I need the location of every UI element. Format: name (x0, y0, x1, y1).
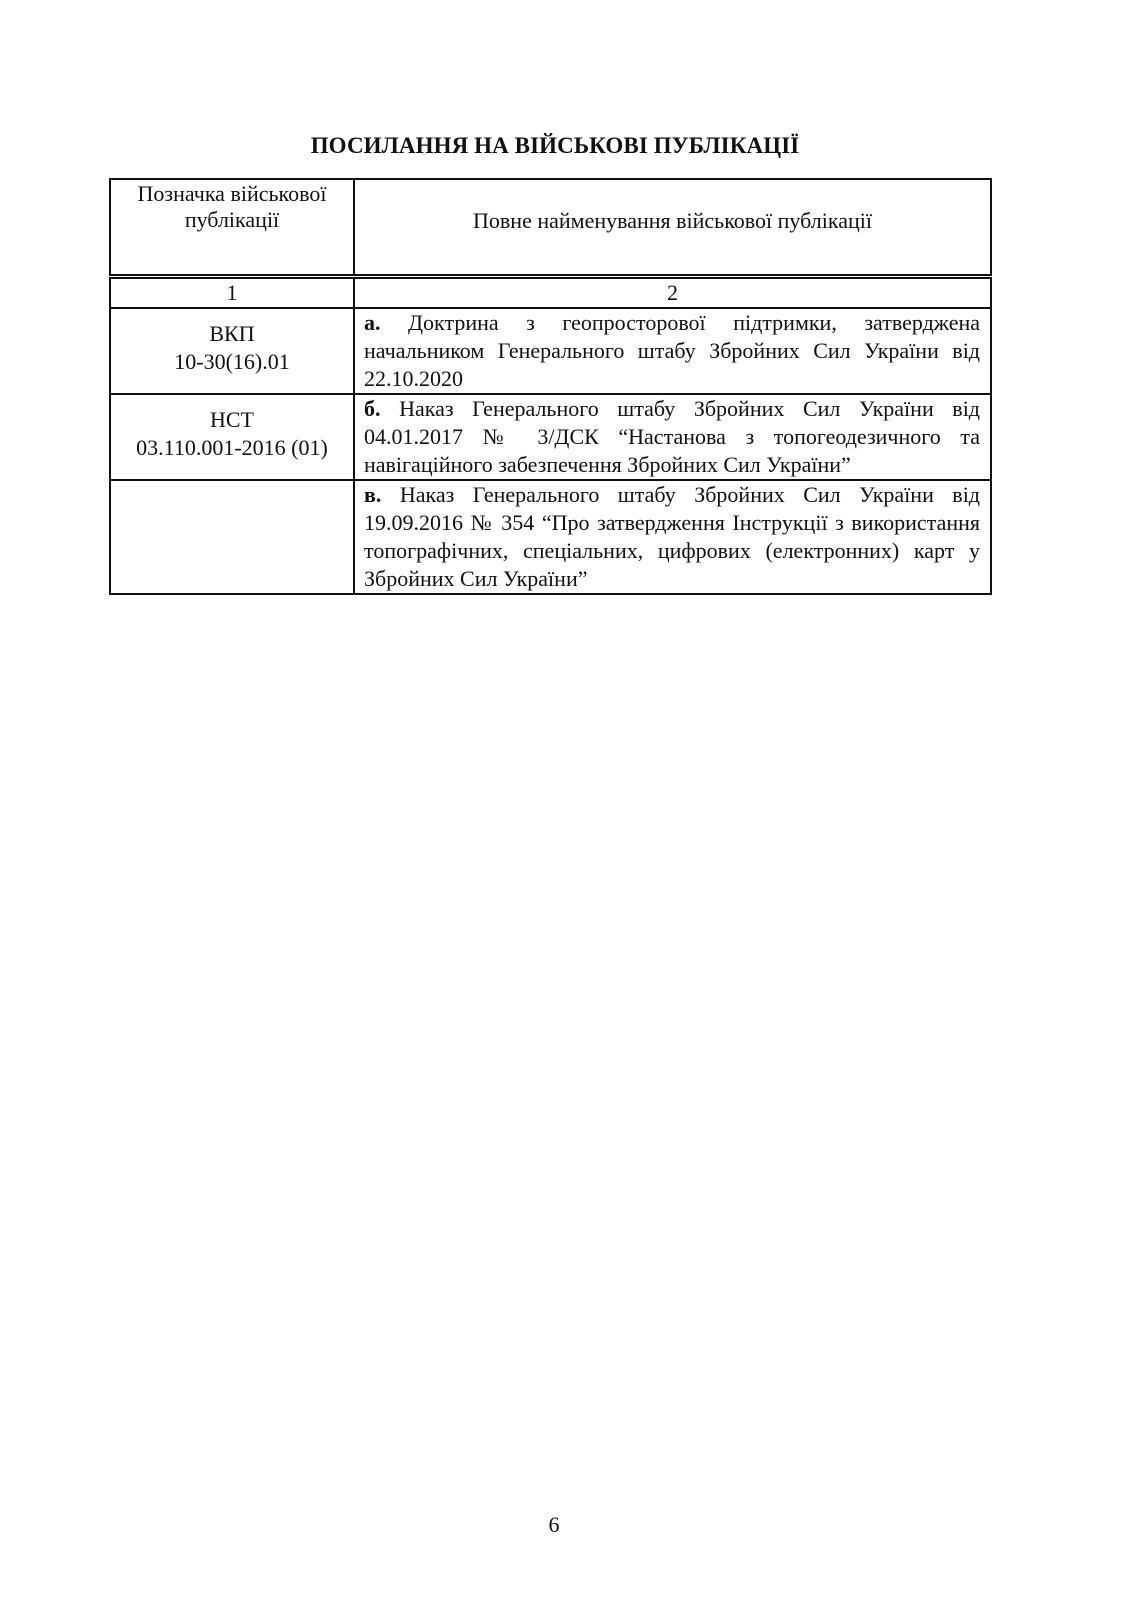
designation-code: 03.110.001-2016 (01) (120, 434, 344, 462)
entry-letter: а. (364, 310, 381, 335)
column-number-1: 1 (110, 277, 354, 309)
table-row: в. Наказ Генерального штабу Збройних Сил… (110, 480, 991, 594)
entry-text: Наказ Генерального штабу Збройних Сил Ук… (364, 396, 980, 477)
entry-text: Доктрина з геопросторової підтримки, зат… (364, 310, 980, 391)
designation-code: 10-30(16).01 (120, 348, 344, 376)
page-title: ПОСИЛАННЯ НА ВІЙСЬКОВІ ПУБЛІКАЦІЇ (0, 133, 1110, 159)
header-designation: Позначка військової публікації (110, 179, 354, 277)
table-row: НСТ 03.110.001-2016 (01) б. Наказ Генера… (110, 394, 991, 480)
table-row: ВКП 10-30(16).01 а. Доктрина з геопросто… (110, 308, 991, 394)
table-header-row: Позначка військової публікації Повне най… (110, 179, 991, 277)
page-number: 6 (0, 1512, 1108, 1538)
publication-full-name: б. Наказ Генерального штабу Збройних Сил… (354, 394, 991, 480)
designation-type: НСТ (120, 406, 344, 434)
column-number-row: 1 2 (110, 277, 991, 309)
publication-designation: НСТ 03.110.001-2016 (01) (110, 394, 354, 480)
publication-designation: ВКП 10-30(16).01 (110, 308, 354, 394)
publication-full-name: в. Наказ Генерального штабу Збройних Сил… (354, 480, 991, 594)
military-publications-table: Позначка військової публікації Повне най… (109, 178, 992, 595)
column-number-2: 2 (354, 277, 991, 309)
header-full-name: Повне найменування військової публікації (354, 179, 991, 277)
entry-letter: в. (364, 482, 381, 507)
entry-text: Наказ Генерального штабу Збройних Сил Ук… (364, 482, 980, 591)
designation-type: ВКП (120, 320, 344, 348)
publication-full-name: а. Доктрина з геопросторової підтримки, … (354, 308, 991, 394)
entry-letter: б. (364, 396, 381, 421)
publication-designation (110, 480, 354, 594)
